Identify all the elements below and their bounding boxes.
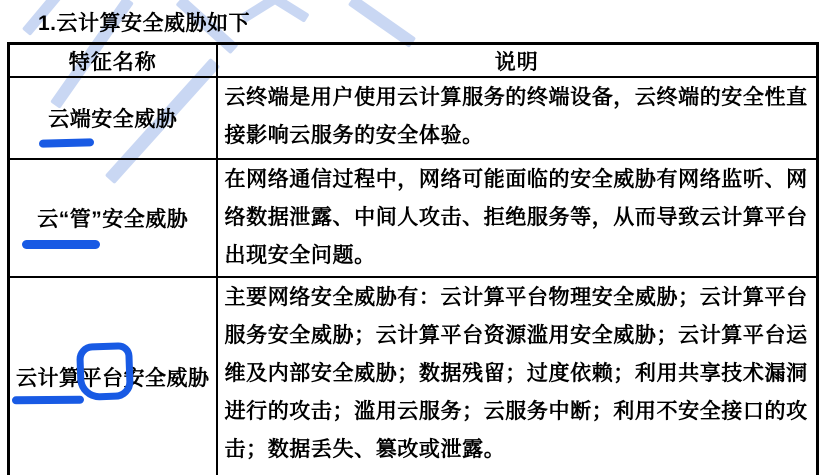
description-cell: 主要网络安全威胁有：云计算平台物理安全威胁；云计算平台 服务安全威胁；云计算平台… <box>217 277 818 475</box>
table-row: 云“管”安全威胁 在网络通信过程中，网络可能面临的安全威胁有网络监听、网 络数据… <box>9 159 818 277</box>
page-title: 1.云计算安全威胁如下 <box>38 7 250 37</box>
description-cell: 云终端是用户使用云计算服务的终端设备，云终端的安全性直 接影响云服务的安全体验。 <box>217 77 818 159</box>
feature-name-cell: 云端安全威胁 <box>9 77 217 159</box>
table-header-row: 特征名称 说明 <box>9 44 818 78</box>
description-cell: 在网络通信过程中，网络可能面临的安全威胁有网络监听、网 络数据泄露、中间人攻击、… <box>217 159 818 277</box>
document-page: 1.云计算安全威胁如下 特征名称 说明 云端安全威胁 云终端是用户使用云计算服务… <box>0 0 822 475</box>
threats-table: 特征名称 说明 云端安全威胁 云终端是用户使用云计算服务的终端设备，云终端的安全… <box>7 42 819 475</box>
watermark-stroke <box>270 0 309 23</box>
feature-name-cell: 云“管”安全威胁 <box>9 159 217 277</box>
table-row: 云计算平台安全威胁 主要网络安全威胁有：云计算平台物理安全威胁；云计算平台 服务… <box>9 277 818 475</box>
feature-name-cell: 云计算平台安全威胁 <box>9 277 217 475</box>
watermark-stroke <box>348 0 416 48</box>
column-header-description: 说明 <box>217 44 818 78</box>
table-row: 云端安全威胁 云终端是用户使用云计算服务的终端设备，云终端的安全性直 接影响云服… <box>9 77 818 159</box>
column-header-feature-name: 特征名称 <box>9 44 217 78</box>
